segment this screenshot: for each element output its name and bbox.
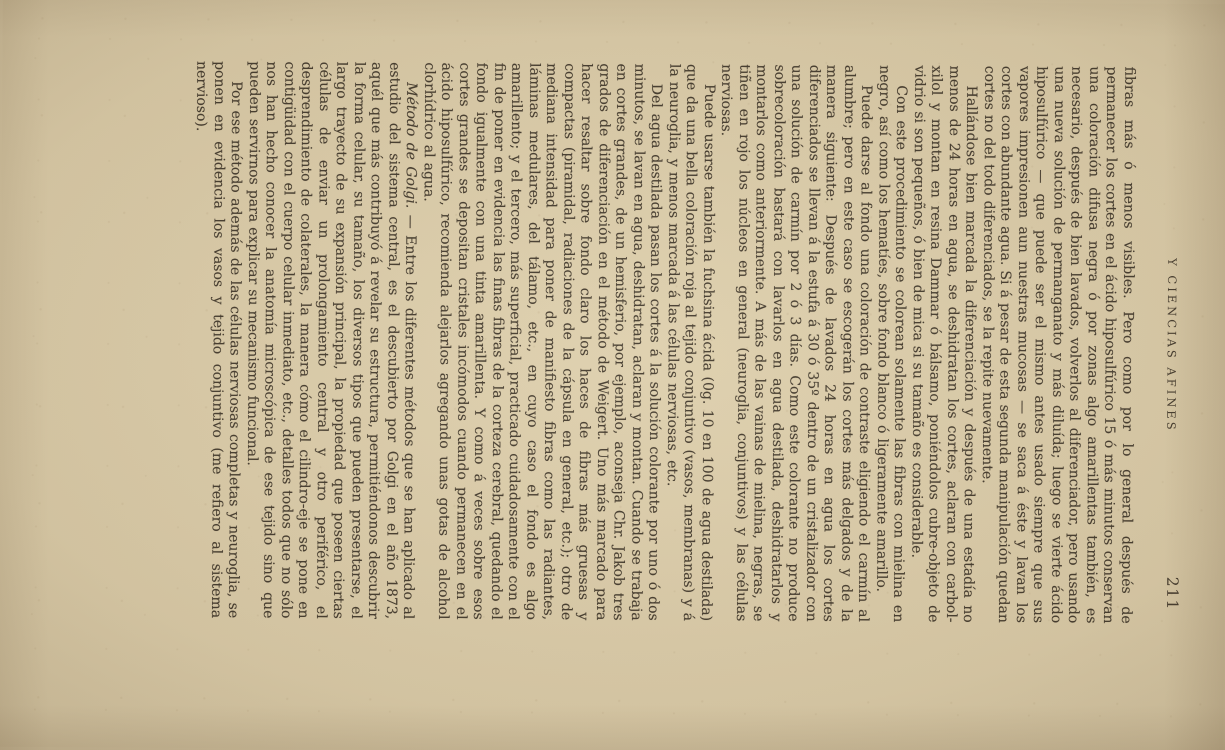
running-title: Y CIENCIAS AFINES: [1162, 66, 1179, 623]
page-number: 211: [1163, 576, 1181, 610]
paragraph: Por ese método además de las células ner…: [189, 60, 245, 617]
paragraph: Del agua destilada pasan los cortes á la…: [416, 62, 664, 620]
page-header: Y CIENCIAS AFINES 211: [1156, 66, 1179, 623]
paragraph: fibras más ó menos visibles. Pero como p…: [976, 65, 1137, 623]
paragraph: Método de Golgi. — Entre los diferentes …: [241, 61, 419, 619]
page-body: fibras más ó menos visibles. Pero como p…: [189, 60, 1137, 623]
paragraph: Puede usarse también la fuchsina ácida (…: [661, 63, 717, 620]
paragraph: Puede darse al fondo una coloración de c…: [714, 64, 875, 622]
paragraph-lead-italic: Método de Golgi.: [403, 82, 420, 208]
paragraph: Hallándose bien marcada la diferenciació…: [906, 65, 979, 622]
scanned-book-page: Y CIENCIAS AFINES 211 fibras más ó menos…: [0, 0, 1225, 750]
book-page: Y CIENCIAS AFINES 211 fibras más ó menos…: [0, 0, 1225, 750]
paragraph: Con este procedimiento se colorean solam…: [871, 65, 909, 622]
